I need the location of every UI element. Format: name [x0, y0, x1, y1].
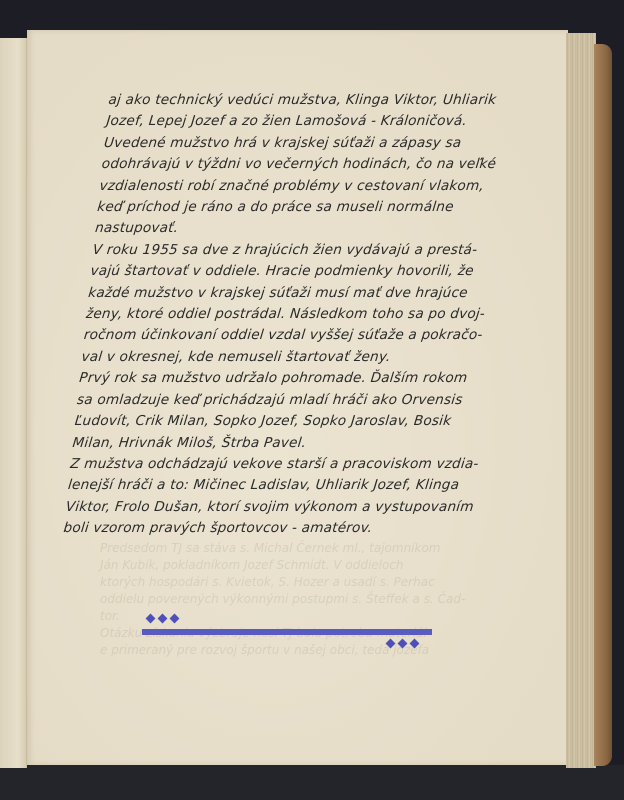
text-line: V roku 1955 sa dve z hrajúcich žien vydá… — [92, 240, 534, 261]
text-line: Milan, Hrivnák Miloš, Štrba Pavel. — [71, 433, 513, 454]
text-line: nastupovať. — [94, 218, 536, 239]
divider-bar — [142, 629, 432, 635]
bleed-line: Ján Kubík, pokladníkom Jozef Schmidt. V … — [100, 557, 520, 574]
left-page-edge — [0, 38, 27, 768]
text-line: sa omladzuje keď prichádzajú mladí hráči… — [76, 390, 518, 411]
text-line: lenejší hráči a to: Mičinec Ladislav, Uh… — [67, 475, 509, 496]
text-line: každé mužstvo v krajskej súťaži musí mať… — [87, 283, 529, 304]
text-line: keď príchod je ráno a do práce sa museli… — [96, 197, 538, 218]
diamond-ornament-left-icon — [145, 615, 180, 622]
handwritten-text: aj ako technický vedúci mužstva, Klinga … — [62, 90, 549, 540]
text-line: Jozef, Lepej Jozef a zo žien Lamošová - … — [105, 111, 547, 132]
text-line: Viktor, Frolo Dušan, ktorí svojim výkono… — [65, 497, 507, 518]
bleed-line: oddielu poverených výkonnými postupmi s.… — [100, 591, 520, 608]
text-line: Ľudovít, Crik Milan, Sopko Jozef, Sopko … — [74, 411, 516, 432]
book-cover — [594, 44, 612, 766]
section-divider — [140, 612, 440, 652]
text-line: Z mužstva odchádzajú vekove starší a pra… — [69, 454, 511, 475]
diamond-ornament-right-icon — [385, 640, 420, 647]
text-line: ročnom účinkovaní oddiel vzdal vyššej sú… — [83, 325, 525, 346]
bleed-line: Predsedom TJ sa stáva s. Michal Černek m… — [100, 540, 520, 557]
text-line: odohrávajú v týždni vo večerných hodinác… — [101, 154, 543, 175]
text-line: Prvý rok sa mužstvo udržalo pohromade. Ď… — [78, 368, 520, 389]
page-stack-edges — [566, 33, 596, 768]
text-line: boli vzorom pravých športovcov - amatéro… — [62, 518, 504, 539]
text-line: val v okresnej, kde nemuseli štartovať ž… — [80, 347, 522, 368]
text-line: ženy, ktoré oddiel postrádal. Následkom … — [85, 304, 527, 325]
background — [0, 765, 624, 800]
text-line: aj ako technický vedúci mužstva, Klinga … — [107, 90, 549, 111]
text-line: Uvedené mužstvo hrá v krajskej súťaži a … — [103, 133, 545, 154]
text-line: vajú štartovať v oddiele. Hracie podmien… — [89, 261, 531, 282]
bleed-line: ktorých hospodári s. Kvietok, S. Hozer a… — [100, 574, 520, 591]
text-line: vzdialenosti robí značné problémy v cest… — [98, 176, 540, 197]
